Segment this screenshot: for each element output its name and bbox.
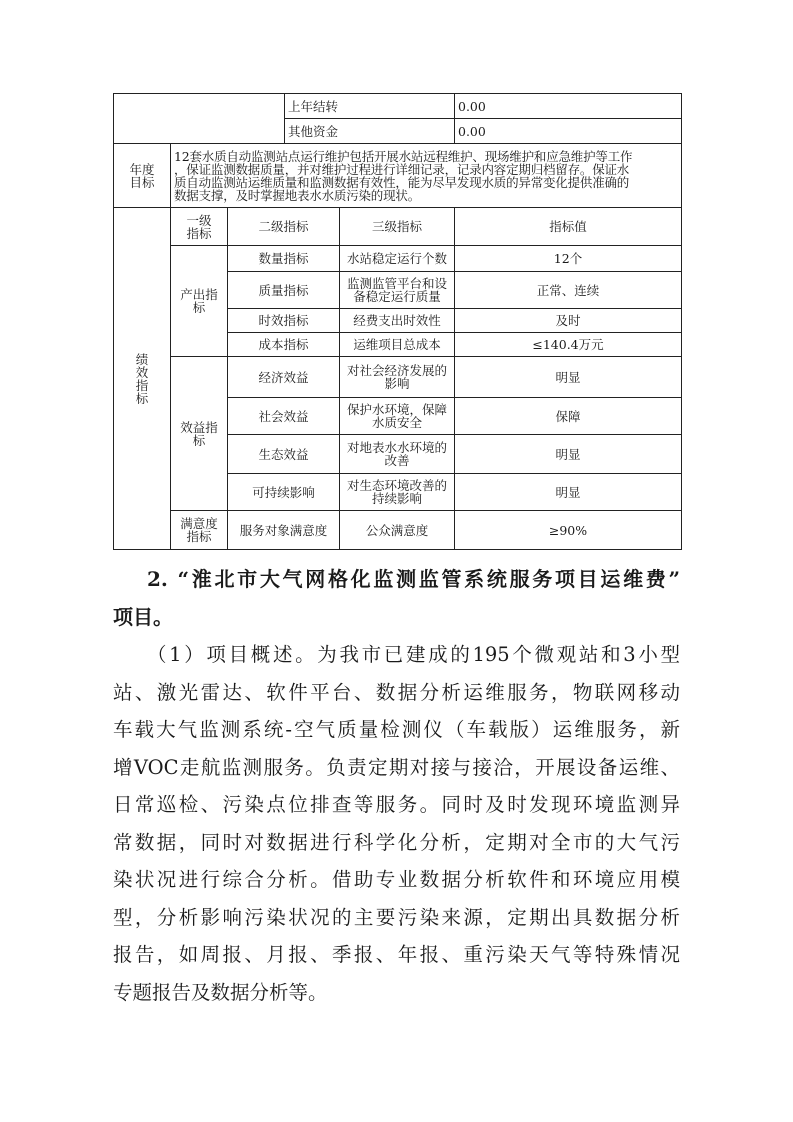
level2-cell: 社会效益: [228, 398, 340, 435]
heading-line: 项目。: [113, 599, 680, 637]
level2-cell: 成本指标: [228, 333, 340, 357]
level3-cell: 水站稳定运行个数: [340, 246, 455, 272]
level3-cell: 经费支出时效性: [340, 309, 455, 333]
performance-table: 绩 效 指 标 一级 指标 二级指标 三级指标 指标值 产出指 标 数量指标 水…: [113, 207, 682, 550]
value-cell: 正常、连续: [455, 272, 682, 309]
value-cell: 明显: [455, 357, 682, 398]
paragraph-line: 常数据，同时对数据进行科学化分析，定期对全市的大气污: [113, 824, 680, 862]
paragraph-line: 染状况进行综合分析。借助专业数据分析软件和环境应用模: [113, 861, 680, 899]
level2-cell: 经济效益: [228, 357, 340, 398]
level3-cell: 对生态环境改善的 持续影响: [340, 474, 455, 511]
level3-cell: 对地表水水环境的 改善: [340, 435, 455, 474]
annual-goal-label: 年度 目标: [114, 144, 171, 208]
level2-cell: 可持续影响: [228, 474, 340, 511]
table-row: 满意度 指标 服务对象满意度 公众满意度 ≥90%: [114, 511, 682, 550]
level2-cell: 服务对象满意度: [228, 511, 340, 550]
paragraph-line: 专题报告及数据分析等。: [113, 974, 680, 1012]
heading-line: 2. “淮北市大气网格化监测监管系统服务项目运维费”: [113, 561, 680, 599]
performance-section-label: 绩 效 指 标: [114, 208, 171, 550]
header-row: 绩 效 指 标 一级 指标 二级指标 三级指标 指标值: [114, 208, 682, 246]
annual-goal-text: 12套水质自动监测站点运行维护包括开展水站远程维护、现场维护和应急维护等工作 ，…: [171, 144, 682, 208]
value-cell: 12个: [455, 246, 682, 272]
header-level1: 一级 指标: [171, 208, 228, 246]
value-cell: 及时: [455, 309, 682, 333]
level2-cell: 时效指标: [228, 309, 340, 333]
header-level2: 二级指标: [228, 208, 340, 246]
paragraph-line: 增VOC走航监测服务。负责定期对接与接洽，开展设备运维、: [113, 749, 680, 787]
paragraph-line: （1）项目概述。为我市已建成的195个微观站和3小型: [113, 636, 680, 674]
funding-value: 0.00: [455, 119, 682, 144]
level1-satisfaction: 满意度 指标: [171, 511, 228, 550]
value-cell: ≤140.4万元: [455, 333, 682, 357]
level2-cell: 数量指标: [228, 246, 340, 272]
section-heading: 2. “淮北市大气网格化监测监管系统服务项目运维费” 项目。: [113, 561, 680, 636]
level3-cell: 对社会经济发展的 影响: [340, 357, 455, 398]
level2-cell: 生态效益: [228, 435, 340, 474]
header-value: 指标值: [455, 208, 682, 246]
table-row: 产出指 标 数量指标 水站稳定运行个数 12个: [114, 246, 682, 272]
level1-benefit: 效益指 标: [171, 357, 228, 511]
table-row: 效益指 标 经济效益 对社会经济发展的 影响 明显: [114, 357, 682, 398]
funding-label: 上年结转: [285, 94, 455, 119]
funding-value: 0.00: [455, 94, 682, 119]
paragraph-line: 日常巡检、污染点位排查等服务。同时及时发现环境监测异: [113, 786, 680, 824]
budget-table: 上年结转 0.00 其他资金 0.00 年度 目标 12套水质自动监测站点运行维…: [113, 93, 682, 208]
paragraph-line: 报告，如周报、月报、季报、年报、重污染天气等特殊情况: [113, 936, 680, 974]
value-cell: 明显: [455, 474, 682, 511]
annual-goal-row: 年度 目标 12套水质自动监测站点运行维护包括开展水站远程维护、现场维护和应急维…: [114, 144, 682, 208]
value-cell: 明显: [455, 435, 682, 474]
level2-cell: 质量指标: [228, 272, 340, 309]
value-cell: 保障: [455, 398, 682, 435]
level3-cell: 监测监管平台和设 备稳定运行质量: [340, 272, 455, 309]
funding-row: 上年结转 0.00: [114, 94, 682, 119]
paragraph-line: 车载大气监测系统-空气质量检测仪（车载版）运维服务，新: [113, 711, 680, 749]
paragraph-line: 型，分析影响污染状况的主要污染来源，定期出具数据分析: [113, 899, 680, 937]
level3-cell: 运维项目总成本: [340, 333, 455, 357]
level3-cell: 公众满意度: [340, 511, 455, 550]
level1-output: 产出指 标: [171, 246, 228, 357]
paragraph-line: 站、激光雷达、软件平台、数据分析运维服务，物联网移动: [113, 674, 680, 712]
project-overview-paragraph: （1）项目概述。为我市已建成的195个微观站和3小型 站、激光雷达、软件平台、数…: [113, 636, 680, 1011]
value-cell: ≥90%: [455, 511, 682, 550]
funding-label: 其他资金: [285, 119, 455, 144]
empty-cell: [114, 94, 285, 144]
level3-cell: 保护水环境，保障 水质安全: [340, 398, 455, 435]
header-level3: 三级指标: [340, 208, 455, 246]
